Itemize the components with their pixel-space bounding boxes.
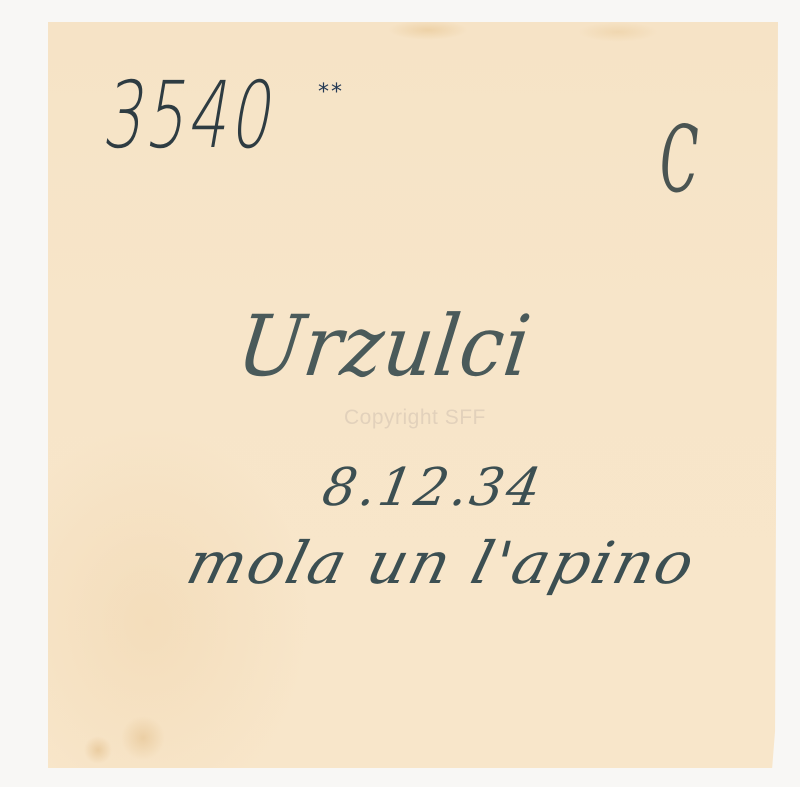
asterisk-star-icon: **	[318, 80, 344, 105]
collection-date: 8.12.34	[319, 462, 548, 514]
paper-label-card: 3540 ** C Urzulci Copyright SFF 8.12.34 …	[48, 22, 778, 768]
handwritten-note: mola un l'apino	[182, 534, 702, 592]
photo-stage: 3540 ** C Urzulci Copyright SFF 8.12.34 …	[0, 0, 800, 787]
catalog-number: 3540	[98, 70, 284, 162]
copyright-watermark: Copyright SFF	[344, 406, 486, 430]
locality-name: Urzulci	[233, 304, 536, 388]
class-letter: C	[660, 114, 699, 206]
